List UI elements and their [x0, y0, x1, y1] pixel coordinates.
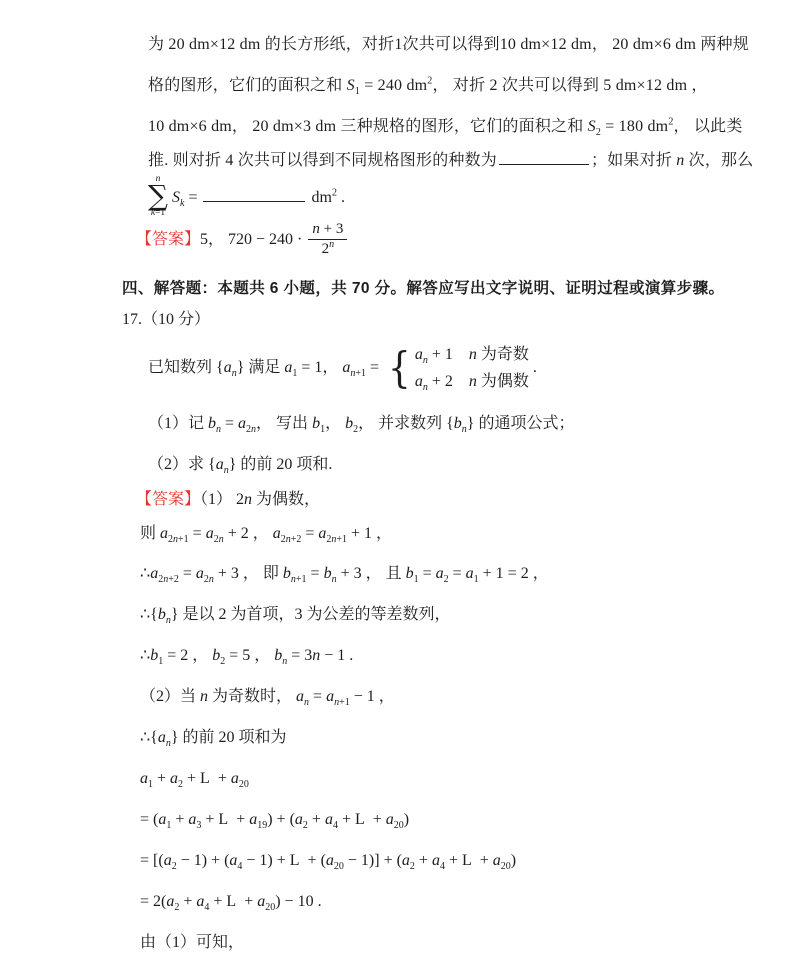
question17-part1: （1）记 bn = a2n， 写出 b1， b2， 并求数列 {bn} 的通项公…	[0, 403, 800, 444]
fraction-n-plus-3-over-2n: n + 32n	[308, 221, 347, 259]
question16-line-3: 10 dm×6 dm， 20 dm×3 dm 三种规格的图形，它们的面积之和 S…	[0, 106, 800, 147]
question17-answer-part1: 【答案】（1） 2n 为偶数，	[0, 485, 800, 515]
blank-underline	[203, 200, 305, 202]
solution-step-5: （2）当 n 为奇数时， an = an+1 − 1 ，	[0, 676, 800, 717]
solution-step-2: ∴a2n+2 = a2n + 3 ， 即 bn+1 = bn + 3 ， 且 b…	[0, 553, 800, 594]
question16-answer: 【答案】5， 720 − 240 · n + 32n	[0, 221, 800, 259]
blank-underline	[499, 163, 589, 165]
document-lines: 为 20 dm×12 dm 的长方形纸，对折1次共可以得到10 dm×12 dm…	[0, 24, 800, 963]
question16-sum-formula: n∑k=1Sk = dm2 .	[0, 175, 800, 221]
solution-step-10: = 2(a2 + a4 + L + a20) − 10 .	[0, 881, 800, 922]
answer-label: 【答案】	[136, 491, 200, 508]
spacer	[0, 259, 800, 271]
cases-brace: {	[388, 349, 411, 387]
answer-label: 【答案】	[136, 231, 200, 248]
question16-line-4: 推. 则对折 4 次共可以得到不同规格图形的种数为；如果对折 n 次，那么	[0, 147, 800, 175]
question17-stem-piecewise: 已知数列 {an} 满足 a1 = 1， an+1 = {an + 1n 为奇数…	[0, 333, 800, 403]
solution-step-4: ∴b1 = 2 ， b2 = 5 ， bn = 3n − 1 .	[0, 635, 800, 676]
question16-line-1: 为 20 dm×12 dm 的长方形纸，对折1次共可以得到10 dm×12 dm…	[0, 24, 800, 65]
solution-step-3: ∴{bn} 是以 2 为首项，3 为公差的等差数列，	[0, 594, 800, 635]
question16-line-2: 格的图形，它们的面积之和 S1 = 240 dm2， 对折 2 次共可以得到 5…	[0, 65, 800, 106]
question17-number: 17.（10 分）	[0, 307, 800, 333]
summation-symbol: n∑k=1	[148, 174, 168, 219]
section4-header: 四、解答题：本题共 6 小题，共 70 分。解答应写出文字说明、证明过程或演算步…	[0, 271, 800, 307]
solution-step-6: ∴{an} 的前 20 项和为	[0, 717, 800, 758]
exam-solution-page: 为 20 dm×12 dm 的长方形纸，对折1次共可以得到10 dm×12 dm…	[0, 0, 800, 977]
solution-step-7: a1 + a2 + L + a20	[0, 758, 800, 799]
solution-step-1: 则 a2n+1 = a2n + 2 ， a2n+2 = a2n+1 + 1 ，	[0, 515, 800, 553]
question17-part2: （2）求 {an} 的前 20 项和.	[0, 444, 800, 485]
solution-step-11: 由（1）可知，	[0, 922, 800, 963]
solution-step-8: = (a1 + a3 + L + a19) + (a2 + a4 + L + a…	[0, 799, 800, 840]
piecewise-cases: an + 1n 为奇数an + 2n 为偶数	[415, 341, 529, 395]
solution-step-9: = [(a2 − 1) + (a4 − 1) + L + (a20 − 1)] …	[0, 840, 800, 881]
